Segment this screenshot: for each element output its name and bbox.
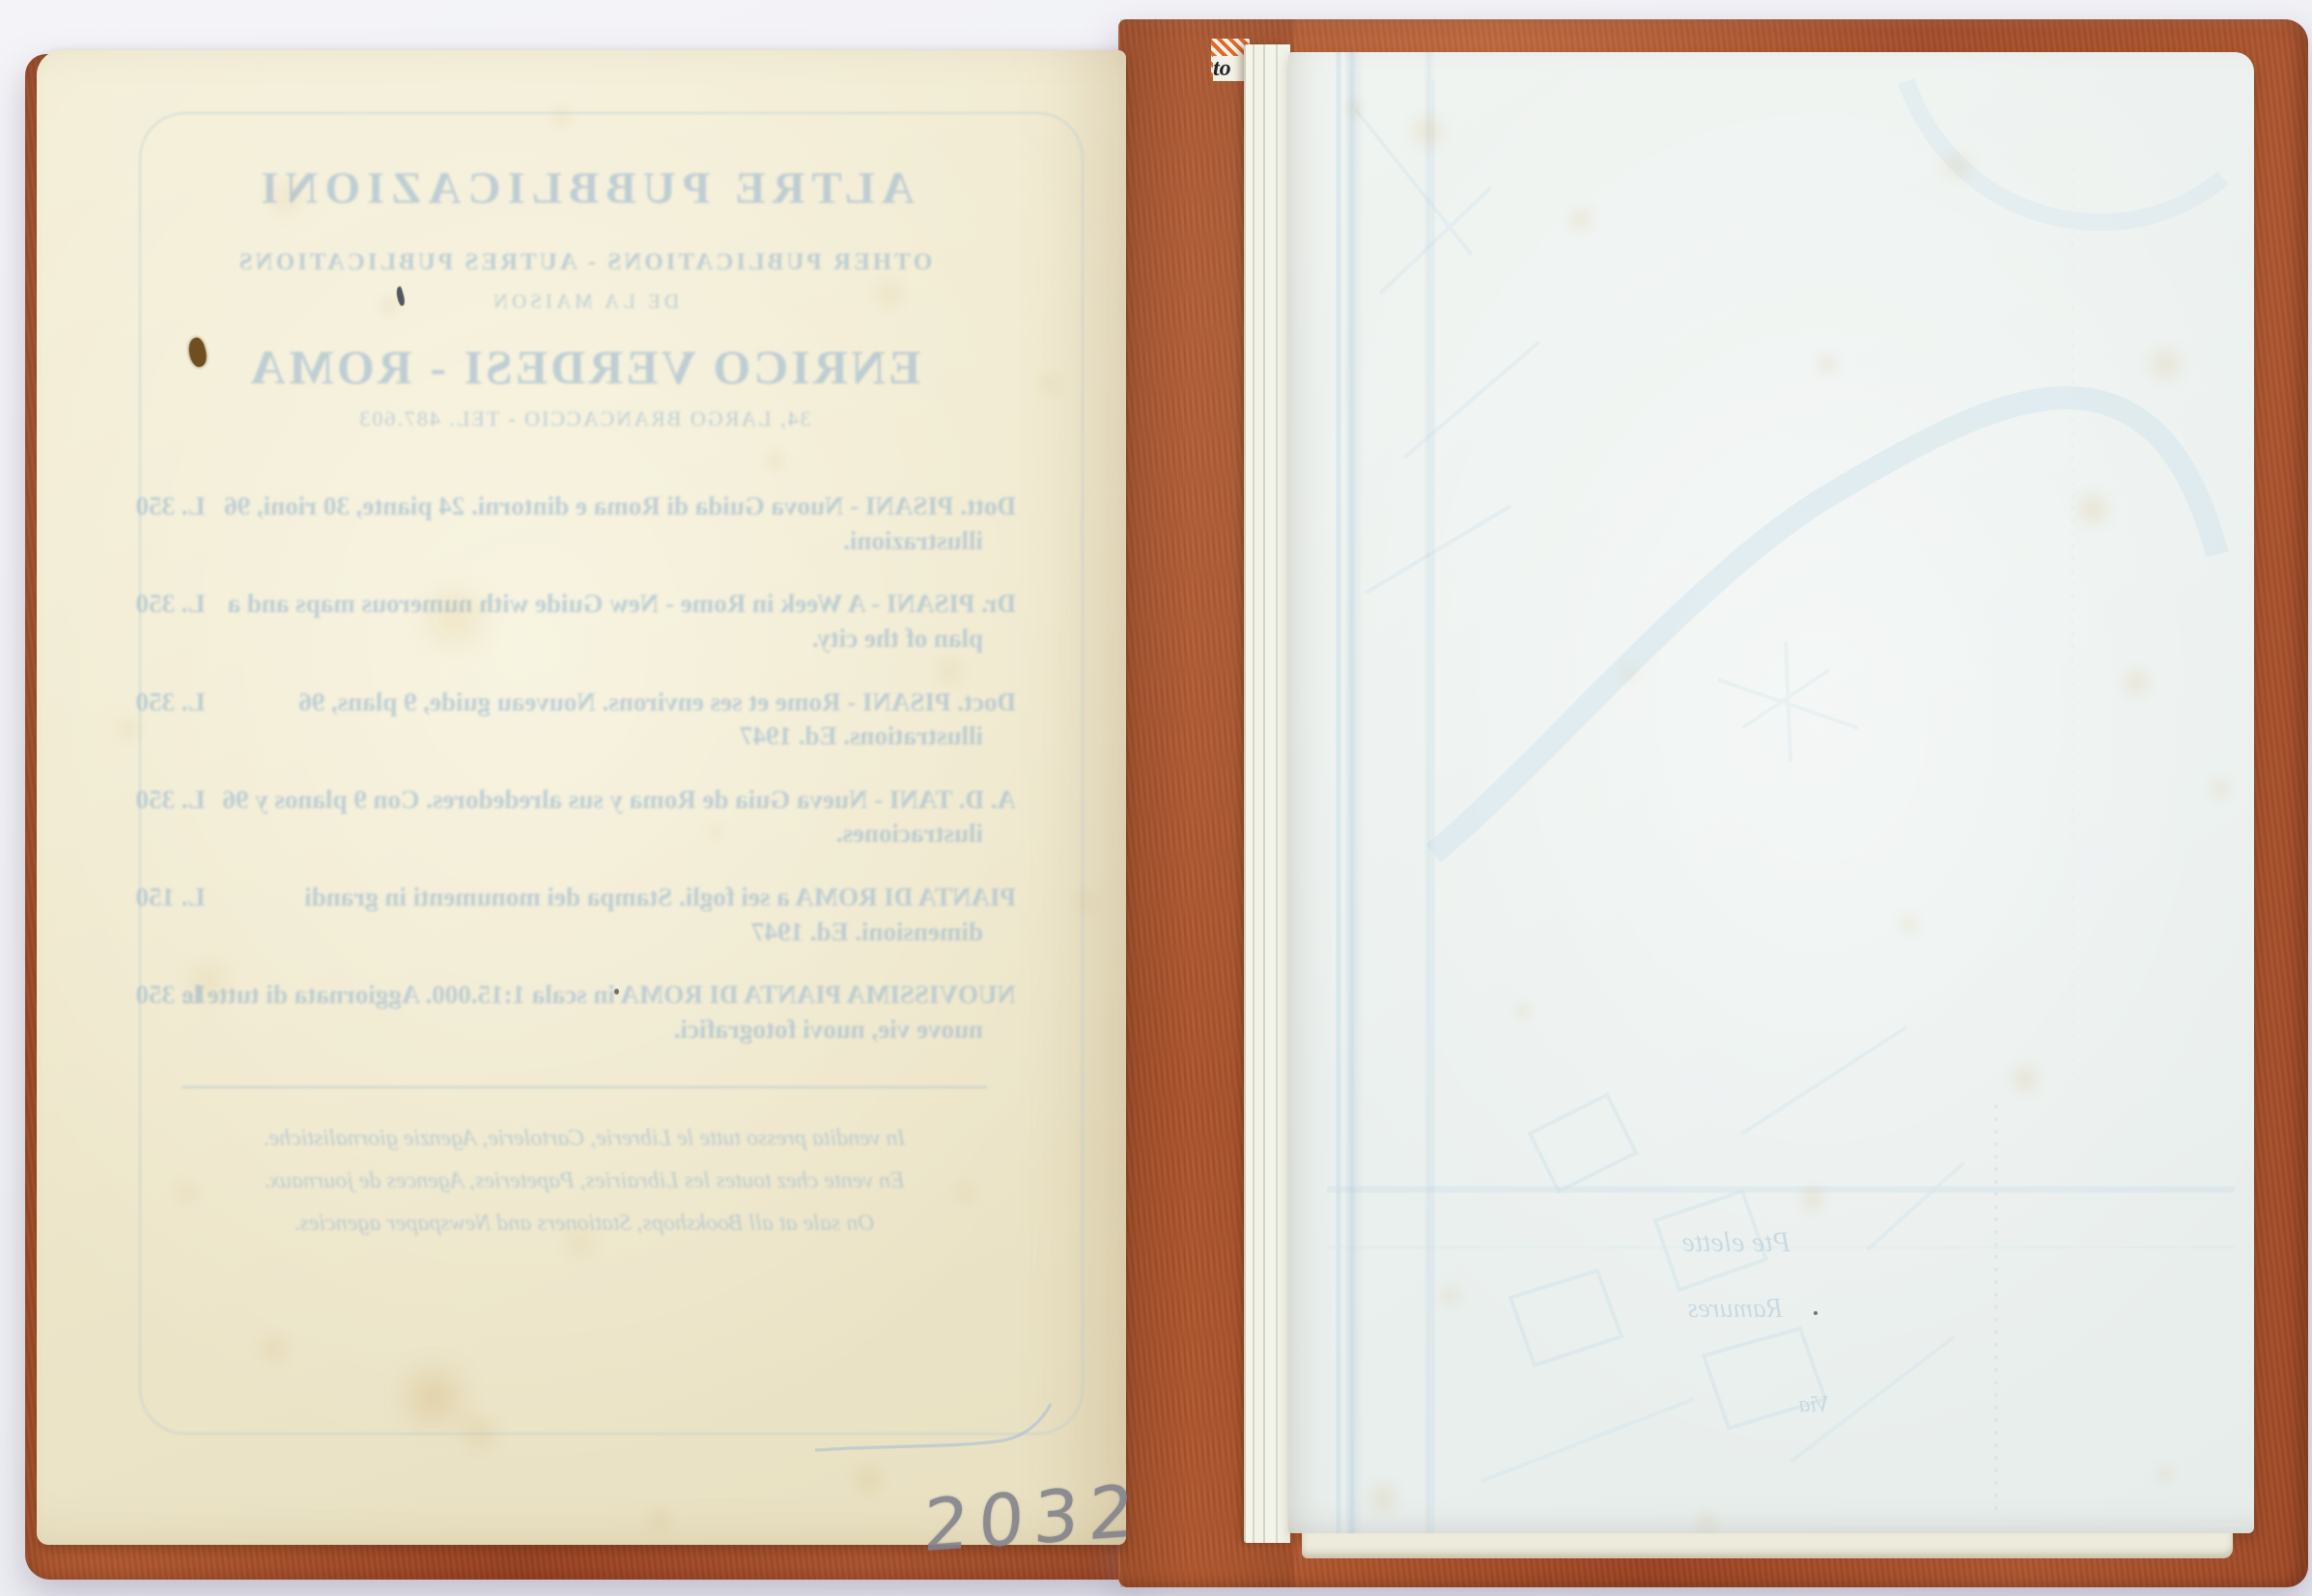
entry-price: L. 350 (133, 783, 173, 818)
showthrough-entry: L. 350 Dott. PISANI - Nuova Guida di Rom… (133, 490, 1016, 558)
showthrough-divider-rule (182, 1086, 987, 1088)
faint-map-print: Pte elette Ramures Via (1288, 52, 2254, 1533)
showthrough-footer-1: In vendita presso tutte le Librerie, Car… (124, 1121, 1045, 1156)
entry-text: A. D. TANI - Nueva Guia de Roma y sus al… (222, 785, 1016, 849)
showthrough-entry: L. 350 Doct. PISANI - Rome et ses enviro… (133, 686, 1016, 754)
entry-price: L. 150 (133, 881, 173, 915)
folded-map-sheet-edges (1244, 44, 1290, 1543)
entry-text: NUOVISSIMA PIANTA DI ROMA in scala 1:15.… (182, 980, 1016, 1044)
showthrough-text-mirrored: ALTRE PUBBLICAZIONI OTHER PUBLICATIONS -… (95, 118, 1074, 1487)
entry-price: L. 350 (133, 978, 173, 1013)
entry-price: L. 350 (133, 490, 173, 524)
dark-speck (614, 989, 619, 994)
showthrough-footer-3: On sale at all Bookshops, Stationers and… (124, 1206, 1045, 1241)
showthrough-entry: L. 350 NUOVISSIMA PIANTA DI ROMA in scal… (133, 978, 1016, 1047)
showthrough-entry-list: L. 350 Dott. PISANI - Nuova Guida di Rom… (133, 490, 1016, 1048)
map-label: Pte elette (1682, 1226, 1791, 1258)
photo-of-open-book: ALTRE PUBBLICAZIONI OTHER PUBLICATIONS -… (0, 0, 2312, 1596)
showthrough-entry: L. 150 PIANTA DI ROMA a sei fogli. Stamp… (133, 881, 1016, 949)
faint-blue-crayon-line (807, 1400, 1078, 1468)
showthrough-footer-2: En vente chez toutes les Librairies, Pap… (124, 1163, 1045, 1198)
entry-text: Dott. PISANI - Nuova Guida di Roma e din… (224, 491, 1016, 555)
map-label: Ramures (1687, 1294, 1784, 1324)
dark-speck (1814, 1311, 1818, 1315)
handwritten-inventory-number: 2032 (922, 1470, 1145, 1568)
showthrough-entry: L. 350 Dr. PISANI - A Week in Rome - New… (133, 587, 1016, 656)
left-endpaper-page: ALTRE PUBBLICAZIONI OTHER PUBLICATIONS -… (37, 50, 1126, 1545)
showthrough-subtitle-1: OTHER PUBLICATIONS - AUTRES PUBLICATIONS (114, 249, 1055, 276)
entry-text: PIANTA DI ROMA a sei fogli. Stampa dei m… (304, 882, 1016, 946)
lower-sheet-edge (1302, 1533, 2233, 1558)
entry-price: L. 350 (133, 587, 173, 622)
showthrough-address: 34, LARGO BRANCACCIO - TEL. 487.603 (114, 406, 1055, 432)
entry-price: L. 350 (133, 686, 173, 720)
entry-text: Dr. PISANI - A Week in Rome - New Guide … (228, 589, 1016, 653)
showthrough-subtitle-2: DE LA MAISON (114, 290, 1055, 314)
folded-map-page: Pte elette Ramures Via (1288, 52, 2254, 1533)
map-label: Via (1798, 1392, 1829, 1417)
showthrough-publisher: ENRICO VERDESI - ROMA (104, 339, 1064, 395)
showthrough-entry: L. 350 A. D. TANI - Nueva Guia de Roma y… (133, 783, 1016, 852)
entry-text: Doct. PISANI - Rome et ses environs. Nou… (298, 687, 1016, 751)
showthrough-title: ALTRE PUBBLICAZIONI (124, 162, 1045, 214)
